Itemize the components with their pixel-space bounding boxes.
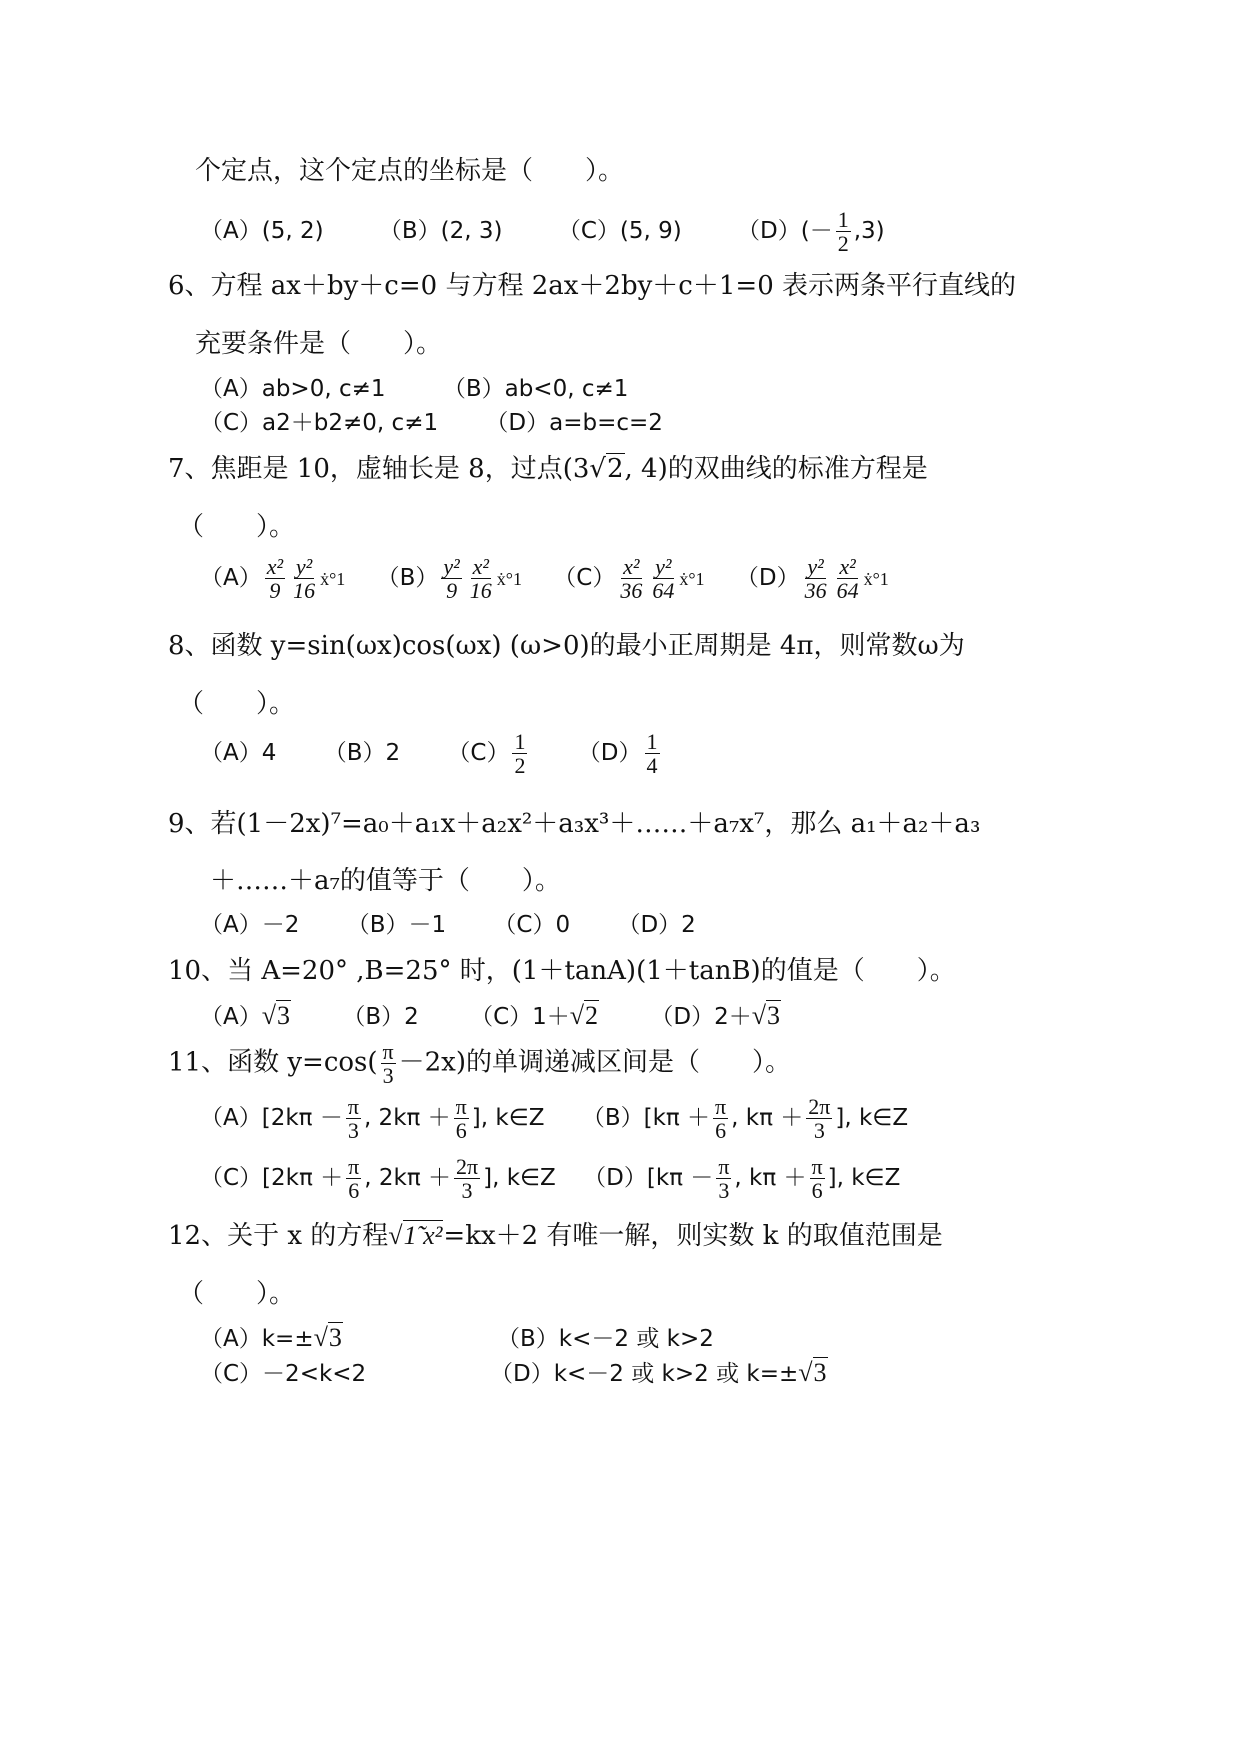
denominator: 16: [468, 579, 494, 602]
fraction: 2π3: [454, 1155, 480, 1202]
q8-option-b: （B）2: [324, 740, 400, 766]
q8-stem-line1: 8、函数 y=sin(ωx)cos(ωx) (ω>0)的最小正周期是 4π，则常…: [168, 625, 965, 662]
option-label: （B）[kπ ＋: [582, 1105, 710, 1131]
q6-stem-line1: 6、方程 ax＋by＋c=0 与方程 2ax＋2by＋c＋1=0 表示两条平行直…: [168, 265, 1016, 302]
q9-option-d: （D）2: [617, 912, 695, 938]
option-mid: , kπ ＋: [734, 1165, 806, 1191]
q8-option-d: （D）14: [578, 740, 663, 766]
fraction: y²9: [441, 555, 461, 602]
radicand: 3: [276, 1000, 291, 1030]
denominator: 36: [618, 579, 644, 602]
q12-option-c: （C）－2<k<2: [200, 1355, 366, 1388]
denominator: 3: [716, 1179, 731, 1202]
sqrt: √3: [798, 1358, 827, 1388]
q8-stem-line2: （ ）。: [178, 683, 295, 720]
q5-option-d: （D）(－12,3): [737, 218, 885, 244]
option-label: （D）[kπ －: [583, 1165, 713, 1191]
option-label: （A）[2kπ －: [200, 1105, 343, 1131]
denominator: 2: [836, 232, 851, 255]
numerator: y²: [805, 555, 825, 579]
q6-option-d: （D）a=b=c=2: [485, 410, 663, 436]
q8-option-a: （A）4: [200, 740, 276, 766]
q7-options: （A）x²9y²16ẋ°1 （B）y²9x²16ẋ°1 （C）x²36y²64ẋ…: [200, 555, 889, 602]
radicand: 2: [606, 453, 625, 484]
fraction: 2π3: [806, 1095, 832, 1142]
q5-options: （A）(5, 2) （B）(2, 3) （C）(5, 9) （D）(－12,3): [200, 208, 885, 255]
q6-stem-line2: 充要条件是（ ）。: [195, 323, 442, 360]
numerator: π: [810, 1155, 825, 1179]
denominator: 4: [645, 754, 660, 777]
denominator: 16: [291, 579, 317, 602]
option-label: （B）: [377, 565, 439, 591]
numerator: y²: [441, 555, 461, 579]
radicand: 3: [766, 1000, 781, 1030]
q7-option-d: （D）y²36x²64ẋ°1: [736, 565, 889, 591]
q11-option-c: （C）[2kπ ＋π6, 2kπ ＋2π3], k∈Z: [200, 1165, 556, 1191]
numerator: 1: [645, 730, 660, 754]
q6-option-a: （A）ab>0, c≠1: [200, 376, 386, 402]
denominator: 3: [381, 1064, 396, 1087]
fraction: 12: [512, 730, 527, 777]
q9-option-c: （C）0: [493, 912, 570, 938]
q12-stem-post: =kx＋2 有唯一解，则实数 k 的取值范围是: [443, 1221, 942, 1251]
fraction: x²36: [618, 555, 644, 602]
numerator: 1: [512, 730, 527, 754]
q7-stem-post: , 4)的双曲线的标准方程是: [625, 454, 928, 484]
q10-options: （A）√3 （B）2 （C）1＋√2 （D）2＋√3: [200, 998, 781, 1031]
numerator: 1: [836, 208, 851, 232]
option-label: （C）1＋: [470, 1004, 570, 1030]
q9-stem-line1: 9、若(1－2x)⁷=a₀＋a₁x＋a₂x²＋a₃x³＋……＋a₇x⁷，那么 a…: [168, 803, 980, 840]
q12-option-b: （B）k<－2 或 k>2: [497, 1320, 714, 1353]
fraction: y²36: [803, 555, 829, 602]
sqrt: √3: [314, 1323, 343, 1353]
fraction: π6: [454, 1095, 469, 1142]
numerator: x²: [621, 555, 641, 579]
q10-option-b: （B）2: [342, 1004, 418, 1030]
option-tail: ], k∈Z: [483, 1165, 556, 1191]
denominator: 64: [835, 579, 861, 602]
q11-option-a: （A）[2kπ －π3, 2kπ ＋π6], k∈Z: [200, 1105, 545, 1131]
radicand: 3: [328, 1322, 343, 1352]
q11-stem-pre: 11、函数 y=cos(: [168, 1048, 378, 1078]
q11-stem-post: －2x)的单调递减区间是（ ）。: [399, 1048, 791, 1078]
q10-option-d: （D）2＋√3: [650, 1004, 781, 1030]
option-tail: ẋ°1: [497, 569, 522, 589]
option-label: （B）2: [342, 1004, 418, 1030]
radicand: 3: [813, 1357, 828, 1387]
q5-option-a: （A）(5, 2): [200, 218, 324, 244]
q10-option-c: （C）1＋√2: [470, 1004, 599, 1030]
fraction: π6: [713, 1095, 728, 1142]
numerator: x²: [471, 555, 491, 579]
q10-stem-line1: 10、当 A=20° ,B=25° 时，(1＋tanA)(1＋tanB)的值是（…: [168, 950, 956, 987]
option-label: （A）k=±: [200, 1326, 314, 1352]
numerator: 2π: [806, 1095, 832, 1119]
q12-stem-line2: （ ）。: [178, 1273, 295, 1310]
q6-options-row1: （A）ab>0, c≠1 （B）ab<0, c≠1: [200, 370, 628, 403]
sqrt: √3: [752, 1001, 781, 1031]
numerator: x²: [837, 555, 857, 579]
q9-option-b: （B）－1: [347, 912, 446, 938]
option-label: （D）k<－2 或 k>2 或 k=±: [490, 1361, 798, 1387]
option-label: （D）: [736, 565, 800, 591]
q9-option-a: （A）－2: [200, 912, 299, 938]
q7-stem-line1: 7、焦距是 10，虚轴长是 8，过点(3√2, 4)的双曲线的标准方程是: [168, 448, 928, 485]
sqrt: √3: [262, 1001, 291, 1031]
q5-option-d-pre: （D）(－: [737, 218, 833, 244]
radicand: 1̃ x²: [403, 1220, 444, 1250]
q7-option-a: （A）x²9y²16ẋ°1: [200, 565, 345, 591]
q7-option-b: （B）y²9x²16ẋ°1: [377, 565, 522, 591]
fraction: y²64: [650, 555, 676, 602]
denominator: 3: [812, 1119, 827, 1142]
q12-option-a: （A）k=±√3: [200, 1320, 343, 1353]
denominator: 9: [444, 579, 459, 602]
option-mid: , 2kπ ＋: [364, 1105, 451, 1131]
option-tail: ẋ°1: [679, 569, 704, 589]
q7-stem-pre: 7、焦距是 10，虚轴长是 8，过点(3: [168, 454, 589, 484]
option-label: （D）: [578, 740, 642, 766]
numerator: x²: [265, 555, 285, 579]
numerator: π: [381, 1040, 396, 1064]
q11-option-b: （B）[kπ ＋π6, kπ ＋2π3], k∈Z: [582, 1105, 908, 1131]
sqrt: √2: [589, 454, 624, 484]
option-label: （D）2＋: [650, 1004, 751, 1030]
option-tail: ], k∈Z: [472, 1105, 545, 1131]
q11-option-d: （D）[kπ －π3, kπ ＋π6], k∈Z: [583, 1165, 900, 1191]
numerator: π: [346, 1155, 361, 1179]
option-tail: ], k∈Z: [828, 1165, 901, 1191]
denominator: 3: [460, 1179, 475, 1202]
q7-option-c: （C）x²36y²64ẋ°1: [553, 565, 704, 591]
option-label: （C）: [553, 565, 615, 591]
q5-option-d-post: ,3): [854, 218, 885, 244]
numerator: π: [454, 1095, 469, 1119]
option-tail: ẋ°1: [320, 569, 345, 589]
option-label: （C）[2kπ ＋: [200, 1165, 343, 1191]
q9-stem-line2: ＋……＋a₇的值等于（ ）。: [210, 860, 561, 897]
q5-option-b: （B）(2, 3): [379, 218, 503, 244]
denominator: 36: [803, 579, 829, 602]
q7-stem-line2: （ ）。: [178, 506, 295, 543]
option-mid: , kπ ＋: [731, 1105, 803, 1131]
fraction: π6: [346, 1155, 361, 1202]
fraction: x²64: [835, 555, 861, 602]
fraction: x²9: [265, 555, 285, 602]
fraction: π3: [381, 1040, 396, 1087]
q5-continuation: 个定点，这个定点的坐标是（ ）。: [195, 150, 624, 187]
q11-stem-line1: 11、函数 y=cos(π3－2x)的单调递减区间是（ ）。: [168, 1040, 791, 1087]
numerator: π: [716, 1155, 731, 1179]
radicand: 2: [584, 1000, 599, 1030]
sqrt: √2: [570, 1001, 599, 1031]
q11-options-row1: （A）[2kπ －π3, 2kπ ＋π6], k∈Z （B）[kπ ＋π6, k…: [200, 1095, 908, 1142]
numerator: π: [713, 1095, 728, 1119]
q5-option-c: （C）(5, 9): [558, 218, 682, 244]
q10-option-a: （A）√3: [200, 1004, 291, 1030]
numerator: π: [346, 1095, 361, 1119]
numerator: y²: [294, 555, 314, 579]
q12-option-d: （D）k<－2 或 k>2 或 k=±√3: [490, 1355, 828, 1388]
sqrt: √1̃ x²: [388, 1221, 443, 1251]
numerator: 2π: [454, 1155, 480, 1179]
q11-options-row2: （C）[2kπ ＋π6, 2kπ ＋2π3], k∈Z （D）[kπ －π3, …: [200, 1155, 900, 1202]
option-tail: ẋ°1: [864, 569, 889, 589]
denominator: 2: [512, 754, 527, 777]
numerator: y²: [653, 555, 673, 579]
q6-option-c: （C）a2＋b2≠0, c≠1: [200, 410, 438, 436]
q8-options: （A）4 （B）2 （C）12 （D）14: [200, 730, 663, 777]
fraction: 12: [836, 208, 851, 255]
option-tail: ], k∈Z: [835, 1105, 908, 1131]
fraction: π3: [346, 1095, 361, 1142]
denominator: 3: [346, 1119, 361, 1142]
q9-options: （A）－2 （B）－1 （C）0 （D）2: [200, 906, 696, 939]
q12-stem-line1: 12、关于 x 的方程√1̃ x²=kx＋2 有唯一解，则实数 k 的取值范围是: [168, 1215, 943, 1252]
fraction: π3: [716, 1155, 731, 1202]
q12-stem-pre: 12、关于 x 的方程: [168, 1221, 388, 1251]
q8-option-c: （C）12: [447, 740, 530, 766]
option-label: （A）: [200, 1004, 262, 1030]
denominator: 6: [713, 1119, 728, 1142]
denominator: 6: [810, 1179, 825, 1202]
denominator: 6: [346, 1179, 361, 1202]
option-label: （A）: [200, 565, 262, 591]
denominator: 9: [267, 579, 282, 602]
option-mid: , 2kπ ＋: [364, 1165, 451, 1191]
q6-options-row2: （C）a2＋b2≠0, c≠1 （D）a=b=c=2: [200, 404, 663, 437]
fraction: y²16: [291, 555, 317, 602]
q6-option-b: （B）ab<0, c≠1: [443, 376, 629, 402]
fraction: π6: [810, 1155, 825, 1202]
option-label: （C）: [447, 740, 509, 766]
denominator: 6: [454, 1119, 469, 1142]
fraction: x²16: [468, 555, 494, 602]
fraction: 14: [645, 730, 660, 777]
denominator: 64: [650, 579, 676, 602]
